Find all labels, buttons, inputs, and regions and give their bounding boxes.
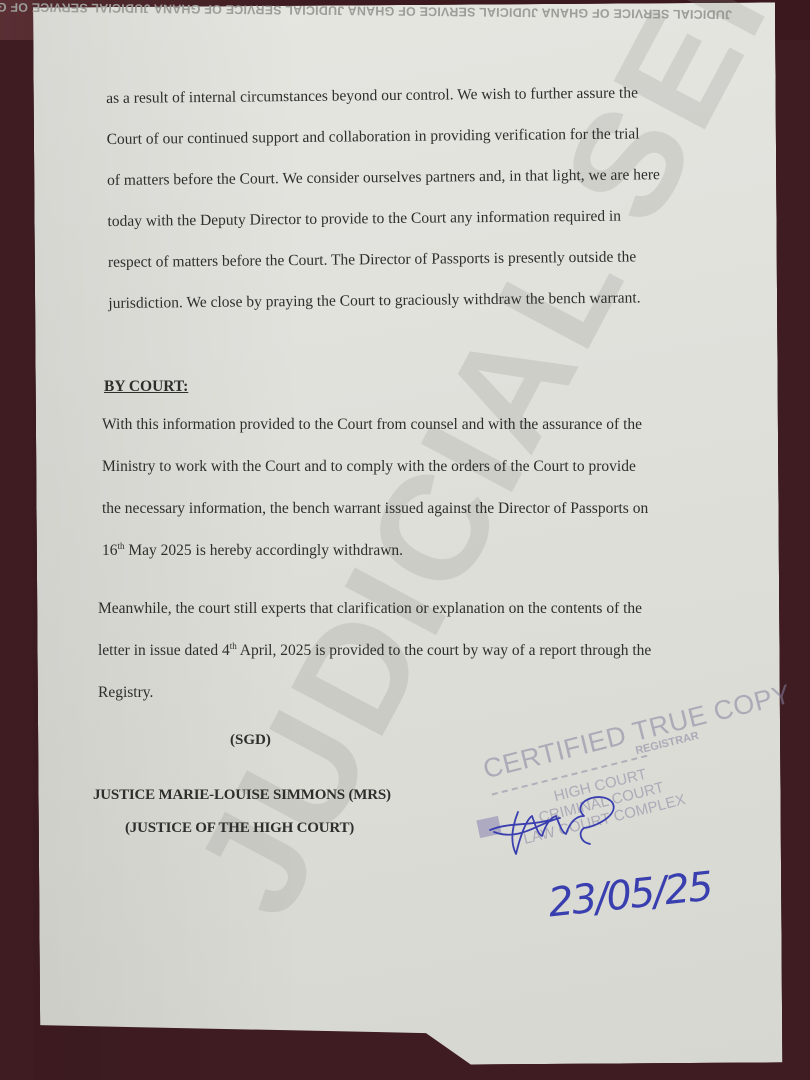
text-line: Ministry to work with the Court and to c… [102,446,712,488]
text-line: as a result of internal circumstances be… [106,72,710,119]
judge-name: JUSTICE MARIE-LOUISE SIMMONS (MRS) [93,787,391,804]
text-line: Court of our continued support and colla… [106,113,710,160]
signed-marker: (SGD) [230,732,271,749]
paragraph-ruling: With this information provided to the Co… [102,404,712,572]
text-line: letter in issue dated 4th April, 2025 is… [98,630,718,672]
text-fragment: May 2025 is hereby accordingly withdrawn… [125,542,404,559]
text-line: 16th May 2025 is hereby accordingly with… [102,530,712,572]
date-suffix: th [230,641,237,651]
text-line: Meanwhile, the court still experts that … [98,588,718,630]
paragraph-submission: as a result of internal circumstances be… [100,78,710,324]
text-fragment: letter in issue dated 4 [98,642,230,659]
by-court-heading: BY COURT: [104,378,188,396]
text-line: jurisdiction. We close by praying the Co… [108,277,712,324]
text-line: the necessary information, the bench war… [102,488,712,530]
date-day: 16 [102,542,118,559]
text-line: Registry. [98,672,718,714]
text-line: With this information provided to the Co… [102,404,712,446]
judge-title: (JUSTICE OF THE HIGH COURT) [125,820,354,837]
text-fragment: April, 2025 is provided to the court by … [237,642,652,659]
date-suffix: th [118,541,125,551]
paragraph-meanwhile: Meanwhile, the court still experts that … [98,588,718,714]
text-line: of matters before the Court. We consider… [107,154,711,201]
text-line: today with the Deputy Director to provid… [107,195,711,242]
text-line: respect of matters before the Court. The… [108,236,712,283]
